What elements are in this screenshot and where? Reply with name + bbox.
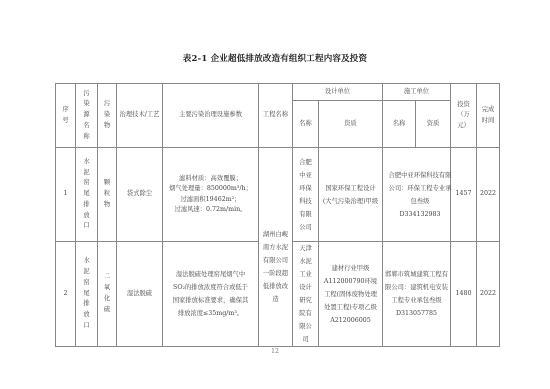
- header-pollutant: 污染物: [98, 84, 117, 148]
- investment-table: 序号 污染源名称 污染物 治理技术/工艺 主要污染治理设施参数 工程名称 设计单…: [55, 83, 500, 347]
- header-design-unit: 设计单位: [293, 84, 383, 101]
- cell-source: 水泥窑尾排放口: [76, 148, 98, 242]
- cell-pollutant: 二氧化硫: [98, 242, 117, 347]
- header-project: 工程名称: [259, 84, 293, 148]
- header-design-qual: 资质: [319, 101, 383, 148]
- cell-seq: 2: [56, 242, 76, 347]
- header-construct-name: 名称: [383, 101, 416, 148]
- header-design-name: 名称: [293, 101, 319, 148]
- page-number: 12: [0, 348, 550, 355]
- cell-source: 水泥窑尾排放口: [76, 242, 98, 347]
- cell-design-name: 天津水泥工业设计研究院有限公司: [293, 242, 319, 347]
- cell-params: 湿法脱硫处理窑尾烟气中SO₂的排放浓度符合或低于国家排放标准要求，确保其排放浓度…: [163, 242, 259, 347]
- header-seq: 序号: [56, 84, 76, 148]
- cell-completion: 2022: [477, 242, 500, 347]
- cell-technology: 袋式除尘: [117, 148, 163, 242]
- header-construct-qual: 资质: [416, 101, 451, 148]
- cell-construct: 邯郸市筑城建筑工程有限公司：建筑机电安装工程专业承包叁级 D313057785: [383, 242, 451, 347]
- cell-investment: 1480: [451, 242, 477, 347]
- cell-technology: 湿法脱硫: [117, 242, 163, 347]
- cell-design-qual: 建材行业甲级 A112000790环境工程(固体废物处理处置工程)专项乙级 A2…: [319, 242, 383, 347]
- cell-seq: 1: [56, 148, 76, 242]
- cell-project-name: 湖州白岘南方水泥有限公司一阶段超低排放改造: [259, 148, 293, 347]
- header-investment: 投资（万元）: [451, 84, 477, 148]
- header-construct-unit: 施工单位: [383, 84, 451, 101]
- header-technology: 治理技术/工艺: [117, 84, 163, 148]
- cell-construct: 合肥中亚环保科技有限公司：环保工程专业承包叁级 D334132983: [383, 148, 451, 242]
- cell-design-name: 合肥中亚环保科技有限公司: [293, 148, 319, 242]
- cell-pollutant: 颗粒物: [98, 148, 117, 242]
- header-source: 污染源名称: [76, 84, 98, 148]
- cell-completion: 2022: [477, 148, 500, 242]
- header-completion: 完成时间: [477, 84, 500, 148]
- cell-params: 滤料材质：高效覆膜； 烟气处理量：850000m³/h； 过滤面积19462m²…: [163, 148, 259, 242]
- table-title: 表2-1 企业超低排放改造有组织工程内容及投资: [0, 52, 550, 64]
- cell-design-qual: 国家环保工程设计(大气污染治理)甲级: [319, 148, 383, 242]
- table-row: 1 水泥窑尾排放口 颗粒物 袋式除尘 滤料材质：高效覆膜； 烟气处理量：8500…: [56, 148, 500, 242]
- cell-investment: 1457: [451, 148, 477, 242]
- header-params: 主要污染治理设施参数: [163, 84, 259, 148]
